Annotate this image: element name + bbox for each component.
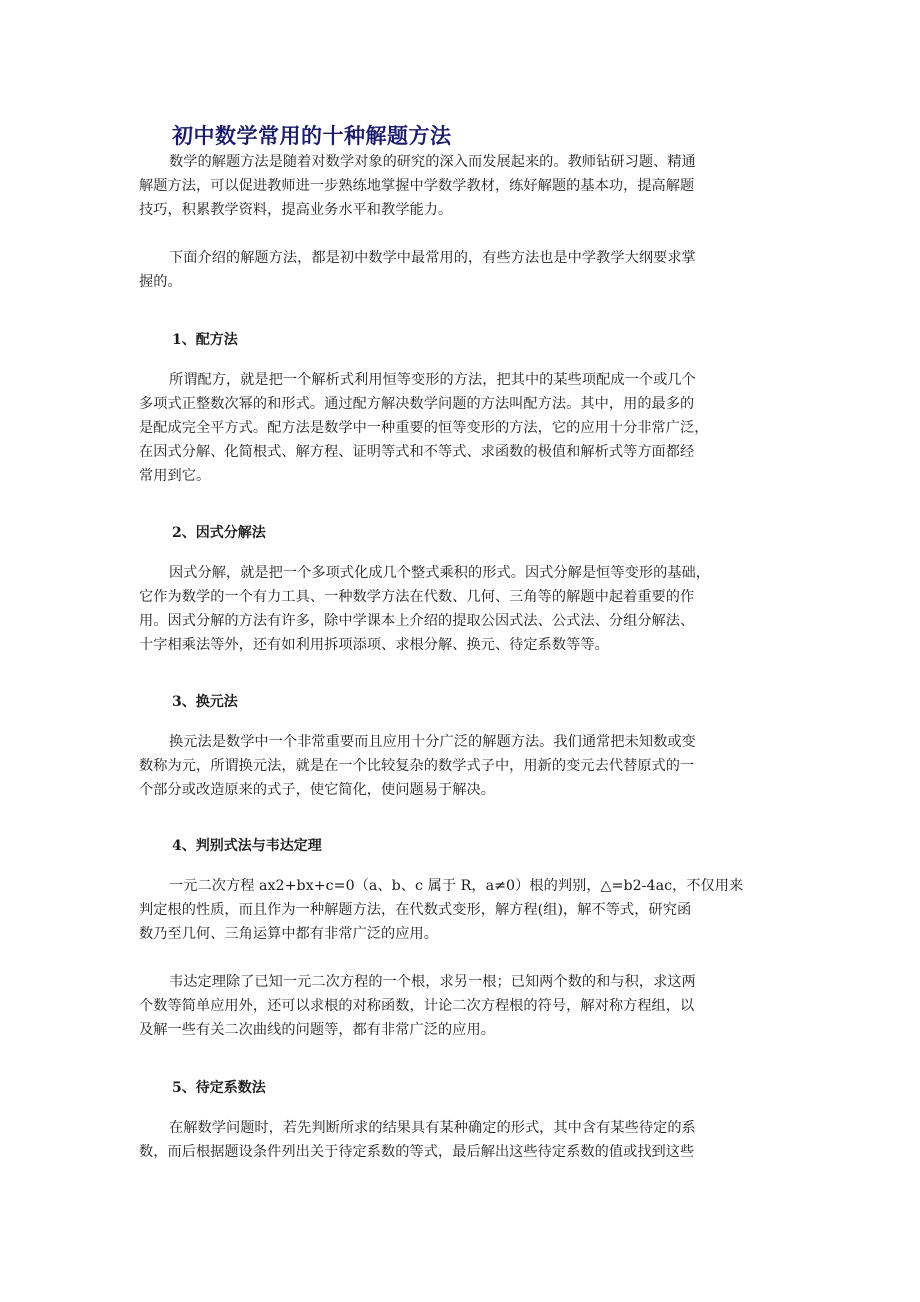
text-line: 十字相乘法等外，还有如利用拆项添项、求根分解、换元、待定系数等等。 (139, 633, 784, 657)
text-line: 判定根的性质，而且作为一种解题方法，在代数式变形，解方程(组)，解不等式，研究函 (139, 898, 784, 922)
text-line: 韦达定理除了已知一元二次方程的一个根，求另一根；已知两个数的和与积，求这两 (139, 970, 784, 994)
text-line: 个数等简单应用外，还可以求根的对称函数，计论二次方程根的符号，解对称方程组，以 (139, 994, 784, 1018)
section-3-paragraph: 换元法是数学中一个非常重要而且应用十分广泛的解题方法。我们通常把未知数或变 数称… (139, 730, 784, 802)
text-line: 个部分或改造原来的式子，使它简化，使问题易于解决。 (139, 778, 784, 802)
text-line: 在因式分解、化简根式、解方程、证明等式和不等式、求函数的极值和解析式等方面都经 (139, 440, 784, 464)
text-line: 握的。 (139, 270, 784, 294)
text-line: 数，而后根据题设条件列出关于待定系数的等式，最后解出这些待定系数的值或找到这些 (139, 1140, 784, 1164)
text-line: 用。因式分解的方法有许多，除中学课本上介绍的提取公因式法、公式法、分组分解法、 (139, 609, 784, 633)
intro-paragraph-2: 下面介绍的解题方法，都是初中数学中最常用的，有些方法也是中学教学大纲要求掌 握的… (139, 246, 784, 294)
text-line: 技巧，积累教学资料，提高业务水平和教学能力。 (139, 198, 784, 222)
text-line: 及解一些有关二次曲线的问题等，都有非常广泛的应用。 (139, 1018, 784, 1042)
text-line: 一元二次方程 ax2+bx+c=0（a、b、c 属于 R，a≠0）根的判别，△=… (139, 874, 784, 898)
text-line: 解题方法，可以促进教师进一步熟练地掌握中学数学教材，练好解题的基本功，提高解题 (139, 174, 784, 198)
text-line: 换元法是数学中一个非常重要而且应用十分广泛的解题方法。我们通常把未知数或变 (139, 730, 784, 754)
text-line: 下面介绍的解题方法，都是初中数学中最常用的，有些方法也是中学教学大纲要求掌 (139, 246, 784, 270)
section-5-paragraph: 在解数学问题时，若先判断所求的结果具有某种确定的形式，其中含有某些待定的系 数，… (139, 1116, 784, 1164)
intro-paragraph-1: 数学的解题方法是随着对数学对象的研究的深入而发展起来的。教师钻研习题、精通 解题… (139, 150, 784, 222)
section-heading-1: 1、配方法 (172, 330, 238, 350)
text-line: 在解数学问题时，若先判断所求的结果具有某种确定的形式，其中含有某些待定的系 (139, 1116, 784, 1140)
section-4-paragraph-2: 韦达定理除了已知一元二次方程的一个根，求另一根；已知两个数的和与积，求这两 个数… (139, 970, 784, 1042)
text-line: 数称为元，所谓换元法，就是在一个比较复杂的数学式子中，用新的变元去代替原式的一 (139, 754, 784, 778)
section-1-paragraph: 所谓配方，就是把一个解析式利用恒等变形的方法，把其中的某些项配成一个或几个 多项… (139, 368, 784, 488)
text-line: 所谓配方，就是把一个解析式利用恒等变形的方法，把其中的某些项配成一个或几个 (139, 368, 784, 392)
section-heading-4: 4、判别式法与韦达定理 (172, 836, 322, 856)
text-line: 它作为数学的一个有力工具、一种数学方法在代数、几何、三角等的解题中起着重要的作 (139, 585, 784, 609)
text-line: 常用到它。 (139, 464, 784, 488)
text-line: 数乃至几何、三角运算中都有非常广泛的应用。 (139, 922, 784, 946)
section-2-paragraph: 因式分解，就是把一个多项式化成几个整式乘积的形式。因式分解是恒等变形的基础， 它… (139, 561, 784, 657)
section-heading-5: 5、待定系数法 (172, 1078, 266, 1098)
text-line: 多项式正整数次幂的和形式。通过配方解决数学问题的方法叫配方法。其中，用的最多的 (139, 392, 784, 416)
section-heading-2: 2、因式分解法 (172, 523, 266, 543)
section-4-paragraph-1: 一元二次方程 ax2+bx+c=0（a、b、c 属于 R，a≠0）根的判别，△=… (139, 874, 784, 946)
document-title: 初中数学常用的十种解题方法 (172, 120, 452, 150)
text-line: 因式分解，就是把一个多项式化成几个整式乘积的形式。因式分解是恒等变形的基础， (139, 561, 784, 585)
section-heading-3: 3、换元法 (172, 692, 238, 712)
text-line: 是配成完全平方式。配方法是数学中一种重要的恒等变形的方法，它的应用十分非常广泛， (139, 416, 784, 440)
text-line: 数学的解题方法是随着对数学对象的研究的深入而发展起来的。教师钻研习题、精通 (139, 150, 784, 174)
